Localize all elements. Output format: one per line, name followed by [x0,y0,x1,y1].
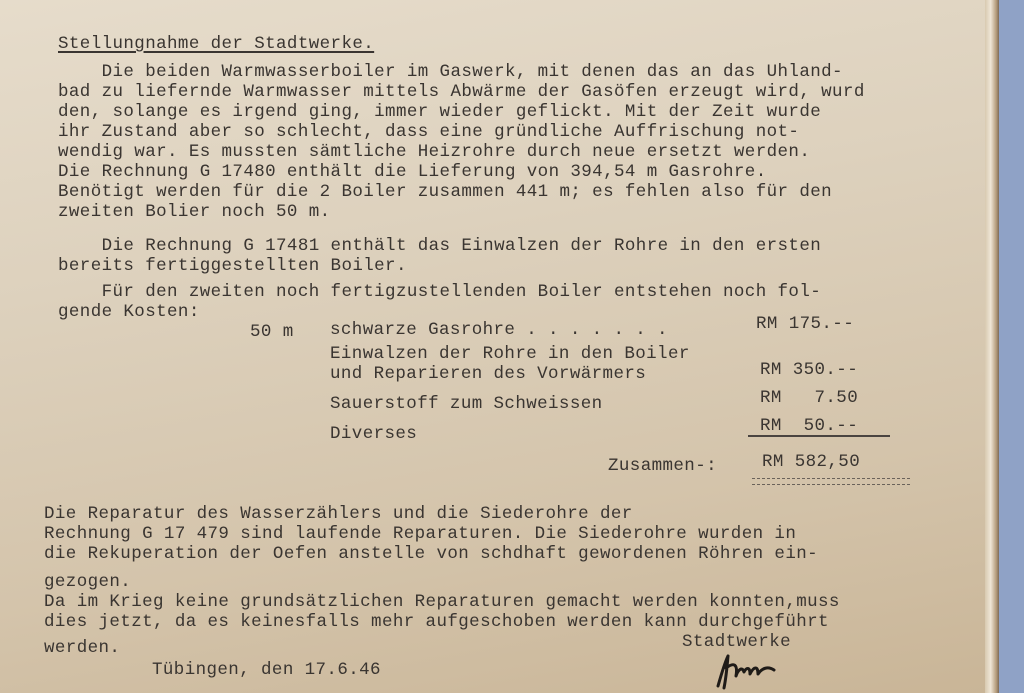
text-line: die Rekuperation der Oefen anstelle von … [44,546,818,564]
text-line: Benötigt werden für die 2 Boiler zusamme… [58,184,832,202]
text-line: wendig war. Es mussten sämtliche Heizroh… [58,144,810,162]
text-line: Die Rechnung G 17480 enthält die Lieferu… [58,164,767,182]
signature-icon [712,652,782,692]
cost-item-description: Sauerstoff zum Schweissen [330,396,603,414]
total-double-rule [752,478,910,485]
text-line: den, solange es irgend ging, immer wiede… [58,104,821,122]
cost-item-description: schwarze Gasrohre . . . . . . . [330,322,668,340]
text-line: Da im Krieg keine grundsätzlichen Repara… [44,594,840,612]
text-line: werden. [44,640,120,658]
cost-item-amount: RM 175.-- [756,314,854,334]
text-line: Rechnung G 17 479 sind laufende Reparatu… [44,526,796,544]
document-page: Stellungnahme der Stadtwerke. Die beiden… [0,0,996,693]
signatory: Stadtwerke [682,634,791,652]
cost-item-description: Diverses [330,426,417,444]
text-line: Die Reparatur des Wasserzählers und die … [44,506,633,524]
cost-item-description: und Reparieren des Vorwärmers [330,366,646,384]
total-amount: RM 582,50 [762,452,860,472]
cost-item-amount: RM 50.-- [760,416,858,436]
text-line: gende Kosten: [58,304,200,322]
place-date: Tübingen, den 17.6.46 [152,662,381,680]
total-label: Zusammen-: [608,458,717,476]
cost-item-amount: RM 350.-- [760,360,858,380]
cost-item-amount: RM 7.50 [760,388,858,408]
cost-item-description: Einwalzen der Rohre in den Boiler [330,346,690,364]
text-line: dies jetzt, da es keinesfalls mehr aufge… [44,614,829,632]
text-line: gezogen. [44,574,131,592]
text-line: ihr Zustand aber so schlecht, dass eine … [58,124,799,142]
cost-quantity: 50 m [250,324,294,342]
paper-edge [985,0,999,693]
text-line: Die beiden Warmwasserboiler im Gaswerk, … [58,64,843,82]
subtotal-rule [748,435,890,437]
document-title: Stellungnahme der Stadtwerke. [58,36,374,54]
text-line: Die Rechnung G 17481 enthält das Einwalz… [58,238,821,256]
text-line: bereits fertiggestellten Boiler. [58,258,407,276]
text-line: bad zu liefernde Warmwasser mittels Abwä… [58,84,865,102]
text-line: Für den zweiten noch fertigzustellenden … [58,284,821,302]
text-line: zweiten Bolier noch 50 m. [58,204,331,222]
